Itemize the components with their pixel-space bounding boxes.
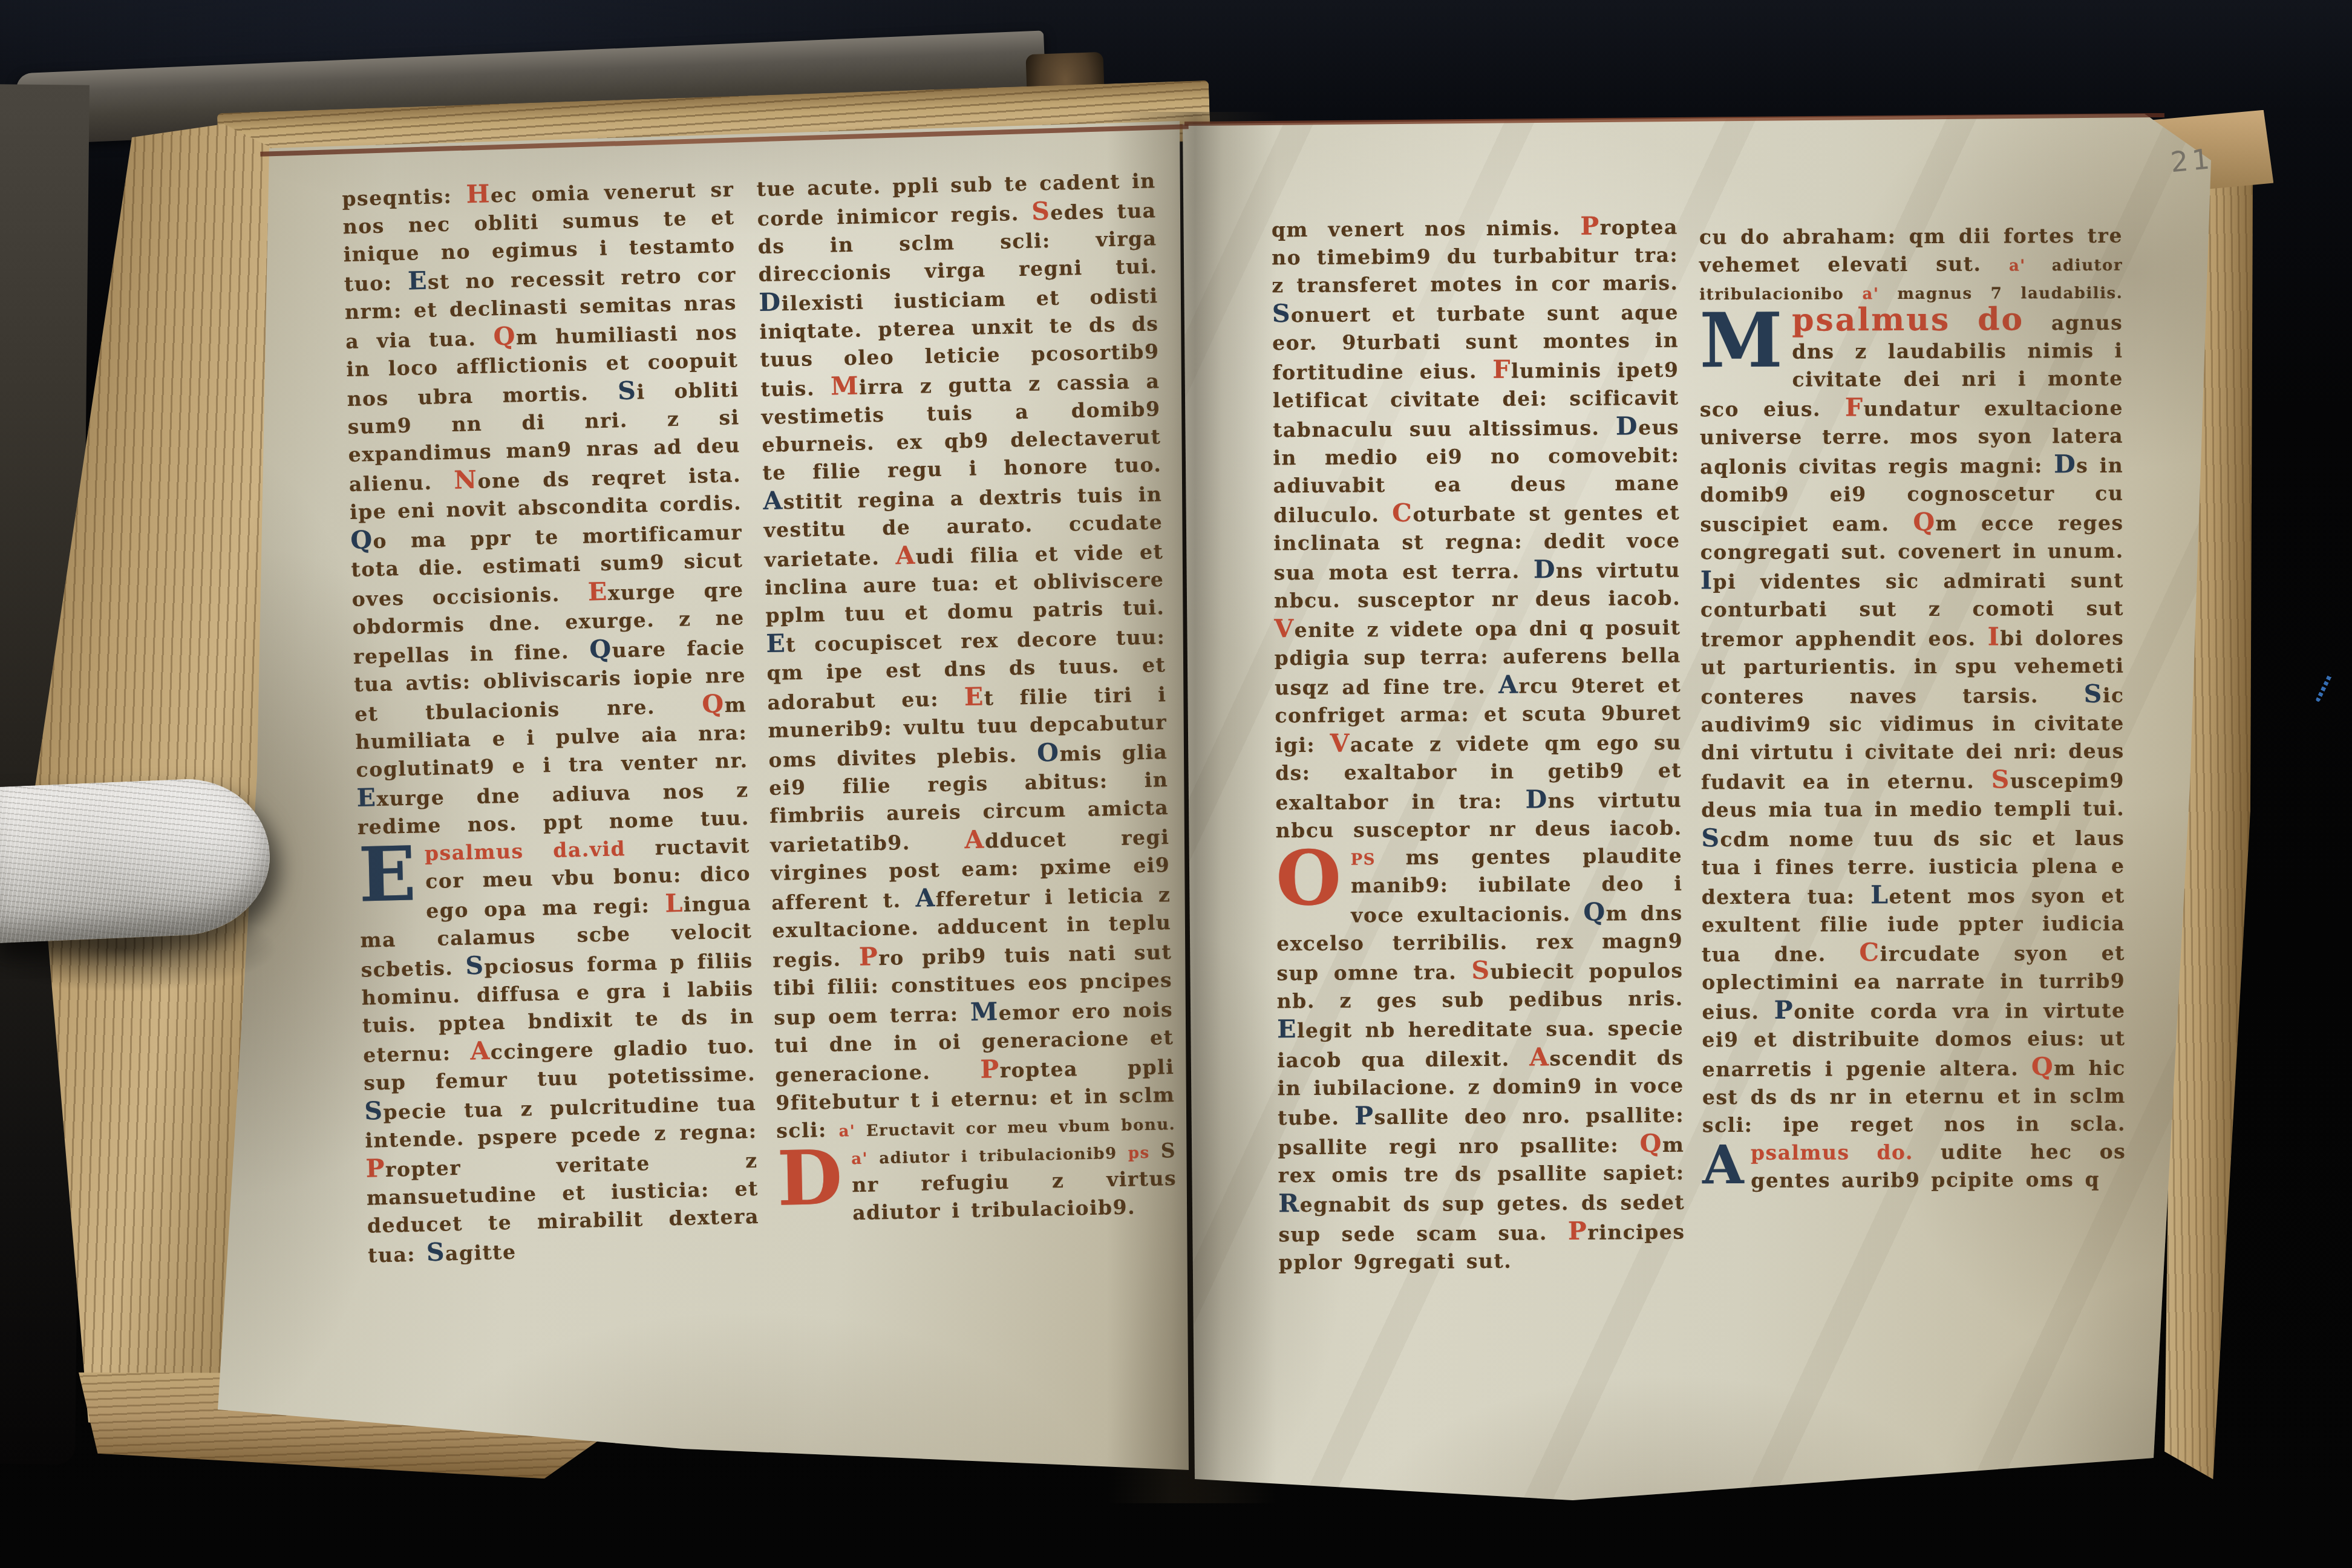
text-run: S xyxy=(1991,765,2010,794)
text-run: S xyxy=(2084,679,2103,708)
text-run: M xyxy=(970,997,999,1027)
text-run: A xyxy=(964,825,985,854)
text-run: E xyxy=(356,783,377,812)
text-run: E xyxy=(587,577,608,607)
text-run: pseqntis: xyxy=(342,184,466,211)
text-run: S xyxy=(426,1238,445,1267)
text-run: magnus 7 laudabilis. xyxy=(1898,284,2123,303)
text-run: D xyxy=(1616,411,1638,440)
text-run: S xyxy=(1272,299,1291,328)
text-run: P xyxy=(1568,1217,1588,1246)
text-run: Q xyxy=(589,635,612,664)
text-run: D xyxy=(2054,449,2076,479)
text-run: A xyxy=(895,541,916,570)
text-run: Q xyxy=(1913,508,1935,537)
text-run: psalmus do xyxy=(1792,301,2051,338)
text-run: a' xyxy=(838,1122,866,1141)
text-run: a' xyxy=(2009,256,2052,275)
blue-thread xyxy=(2315,673,2332,702)
text-run: adiutor i tribulacionib9 xyxy=(879,1145,1128,1168)
text-run: E xyxy=(1277,1014,1297,1044)
text-run: Q xyxy=(493,321,516,351)
text-run: I xyxy=(1700,566,1713,595)
text-column-2: tue acute. ppli sub te cadent in corde i… xyxy=(756,167,1180,1324)
text-run: P xyxy=(1354,1101,1374,1130)
text-run: A xyxy=(1702,1139,1751,1186)
text-run: Q xyxy=(1640,1129,1663,1158)
text-run: R xyxy=(1278,1189,1300,1218)
text-run: L xyxy=(1870,880,1889,909)
text-run: O xyxy=(1276,844,1351,910)
text-column-3: qm venert nos nimis. Proptea no timebim9… xyxy=(1272,212,1686,1316)
text-run: psalmus do. xyxy=(1751,1140,1941,1165)
text-run: A xyxy=(915,883,936,913)
text-run: D xyxy=(777,1143,852,1210)
text-run: P xyxy=(1580,212,1600,241)
text-run: P xyxy=(858,942,878,972)
text-run: E xyxy=(408,266,428,296)
gloved-fingertip xyxy=(0,776,273,943)
text-run: V xyxy=(1274,614,1295,643)
folio-number-pencil: 21 xyxy=(2169,140,2244,178)
text-run: S xyxy=(1471,956,1490,985)
text-run: psalmus da.vid xyxy=(425,836,656,865)
text-run: P xyxy=(1774,996,1794,1025)
text-run: Eructavit cor meu vbum bonu. xyxy=(866,1116,1175,1140)
text-run: S xyxy=(1701,823,1720,852)
text-run: D xyxy=(1534,555,1556,584)
text-run: A xyxy=(470,1036,491,1066)
text-run: S xyxy=(618,376,637,405)
text-run: S xyxy=(364,1096,384,1126)
text-run: H xyxy=(466,179,491,209)
text-run: E xyxy=(766,629,786,658)
text-run: agitte xyxy=(445,1240,517,1266)
photo-background: pseqntis: Hec omia venerut sr nos nec ob… xyxy=(0,0,2352,1568)
text-run: E xyxy=(964,682,985,711)
text-run: I xyxy=(1988,622,2001,651)
text-run: C xyxy=(1392,498,1413,528)
text-run: P xyxy=(980,1054,1000,1084)
text-run: A xyxy=(1498,670,1519,699)
text-run: S xyxy=(465,951,485,981)
text-run: V xyxy=(1330,728,1350,757)
text-run: Q xyxy=(2031,1052,2054,1081)
text-run: M xyxy=(831,371,860,401)
text-run: N xyxy=(454,465,478,495)
text-run: M xyxy=(1699,307,1792,373)
text-run: xurge dne adiuva nos z redime nos. ppt n… xyxy=(357,778,750,839)
text-run: qm venert nos nimis. xyxy=(1272,216,1581,242)
text-run: O xyxy=(1037,738,1060,768)
text-run: F xyxy=(1845,393,1864,422)
text-run: E xyxy=(358,840,426,907)
text-column-4: cu do abraham: qm dii fortes tre vehemet… xyxy=(1699,222,2126,1324)
text-run: PS xyxy=(1351,851,1406,869)
text-run: ropter veritate z mansuetudine et iustic… xyxy=(366,1149,759,1267)
text-run: A xyxy=(763,486,783,515)
text-run: a' xyxy=(1863,285,1898,303)
text-run: S xyxy=(1031,197,1051,226)
text-run: D xyxy=(1525,785,1547,814)
text-run: pecie tua z pulcritudine tua intende. ps… xyxy=(365,1091,757,1152)
text-run: ps xyxy=(1128,1143,1161,1162)
text-run: A xyxy=(1529,1042,1550,1071)
text-run: F xyxy=(1492,355,1511,384)
text-run: D xyxy=(759,287,782,317)
text-column-1: pseqntis: Hec omia venerut sr nos nec ob… xyxy=(342,174,762,1332)
text-run: Q xyxy=(1583,898,1606,927)
text-run: Q xyxy=(350,525,373,555)
text-run: a' xyxy=(851,1149,880,1168)
text-run: Q xyxy=(702,689,725,719)
text-run: P xyxy=(365,1154,386,1183)
text-run: C xyxy=(1859,938,1880,967)
text-run: L xyxy=(665,889,684,918)
